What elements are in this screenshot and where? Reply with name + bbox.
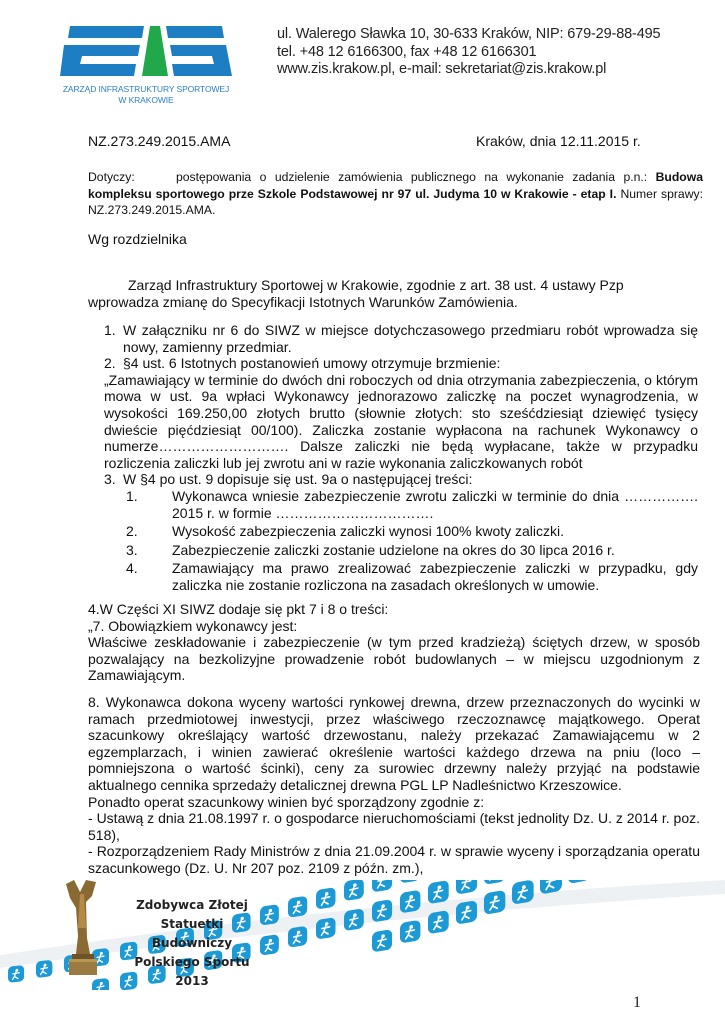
sport-icons-band	[0, 880, 725, 990]
intro-line-1: Zarząd Infrastruktury Sportowej w Krakow…	[88, 277, 708, 294]
sub-list-item: 1. Wykonawca wniesie zabezpieczenie zwro…	[88, 488, 698, 521]
list-item: 2. §4 ust. 6 Istotnych postanowień umowy…	[88, 355, 698, 372]
section-4: 4.W Części XI SIWZ dodaje się pkt 7 i 8 …	[88, 601, 700, 684]
logo-caption-city: W KRAKOWIE	[56, 95, 236, 105]
award-year: 2013	[122, 972, 262, 991]
sub-list-item: 4. Zamawiający ma prawo zrealizować zabe…	[88, 560, 698, 593]
place-date: Kraków, dnia 12.11.2015 r.	[476, 133, 641, 149]
point-7-text: Właściwe zeskładowanie i zabezpieczenie …	[88, 634, 700, 684]
sub-list-item: 3. Zabezpieczenie zaliczki zostanie udzi…	[88, 542, 698, 559]
zis-logo-mark-icon	[56, 26, 236, 84]
law-reference-1: - Ustawą z dnia 21.08.1997 r. o gospodar…	[88, 810, 700, 843]
page-number: 1	[633, 994, 641, 1012]
intro-line-2: wprowadza zmianę do Specyfikacji Istotny…	[88, 294, 708, 311]
law-reference-2: - Rozporządzeniem Rady Ministrów z dnia …	[88, 843, 700, 876]
award-line-2: Budowniczy Polskiego Sportu	[122, 934, 262, 972]
point-8: 8. Wykonawca dokona wyceny wartości rynk…	[88, 694, 700, 877]
list-item: 1. W załączniku nr 6 do SIWZ w miejsce d…	[88, 322, 698, 355]
award-line-1: Zdobywca Złotej Statuetki	[122, 896, 262, 934]
sub-list-item: 2. Wysokość zabezpieczenia zaliczki wyno…	[88, 523, 698, 540]
list-item: 3. W §4 po ust. 9 dopisuje się ust. 9a o…	[88, 471, 698, 488]
addressee: Wg rozdzielnika	[88, 231, 187, 247]
award-text: Zdobywca Złotej Statuetki Budowniczy Pol…	[122, 896, 262, 991]
section-4-title: 4.W Części XI SIWZ dodaje się pkt 7 i 8 …	[88, 601, 700, 618]
subject-text: postępowania o udzielenie zamówienia pub…	[176, 170, 647, 184]
organization-contact: ul. Walerego Sławka 10, 30-633 Kraków, N…	[277, 26, 660, 79]
trophy-statuette-icon	[62, 878, 102, 978]
item-2-quote: „Zamawiający w terminie do dwóch dni rob…	[88, 372, 698, 472]
web-email[interactable]: www.zis.krakow.pl, e-mail: sekretariat@z…	[277, 61, 660, 79]
changes-list: 1. W załączniku nr 6 do SIWZ w miejsce d…	[88, 322, 698, 594]
subject-label: Dotyczy:	[88, 169, 176, 186]
intro-paragraph: Zarząd Infrastruktury Sportowej w Krakow…	[88, 277, 708, 310]
point-7-title: „7. Obowiązkiem wykonawcy jest:	[88, 618, 700, 635]
subject: Dotyczy:postępowania o udzielenie zamówi…	[88, 169, 703, 219]
address: ul. Walerego Sławka 10, 30-633 Kraków, N…	[277, 26, 660, 44]
logo-caption: ZARZĄD INFRASTRUKTURY SPORTOWEJ	[56, 84, 236, 94]
point-8-text: 8. Wykonawca dokona wyceny wartości rynk…	[88, 694, 700, 794]
phone-fax: tel. +48 12 6166300, fax +48 12 6166301	[277, 44, 660, 62]
point-8-intro: Ponadto operat szacunkowy winien być spo…	[88, 794, 700, 811]
zis-logo: ZARZĄD INFRASTRUKTURY SPORTOWEJ W KRAKOW…	[56, 26, 236, 106]
reference-number: NZ.273.249.2015.AMA	[88, 133, 230, 149]
